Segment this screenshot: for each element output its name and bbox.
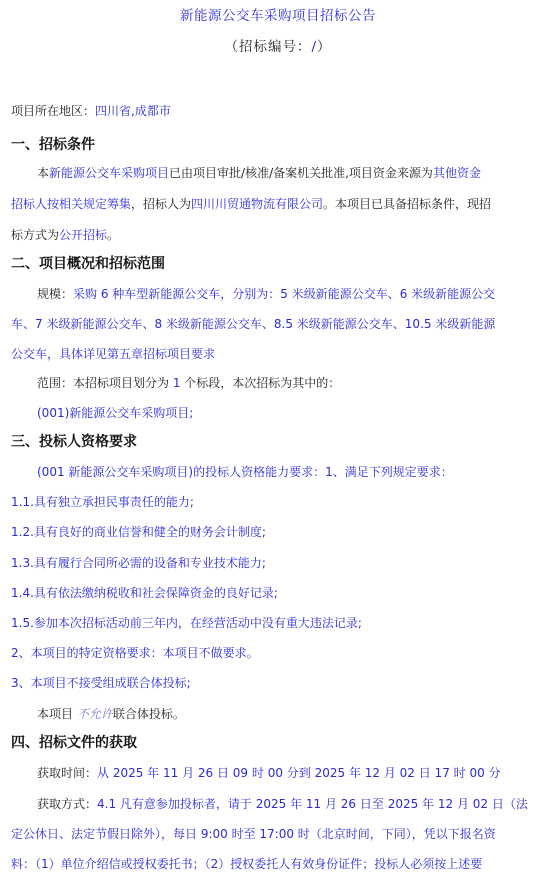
time-label: 获取时间： bbox=[37, 766, 97, 780]
s3-item: 1.1.具有独立承担民事责任的能力; bbox=[11, 493, 194, 510]
s3-intro: (001 新能源公交车采购项目)的投标人资格能力要求：1、满足下列规定要求： bbox=[37, 463, 453, 480]
s2-scale-line-2: 车、7 米级新能源公交车、8 米级新能源公交车、8.5 米级新能源公交车、10.… bbox=[11, 315, 495, 332]
text: ，招标人为 bbox=[131, 197, 191, 211]
s4-method-3: 料：（1）单位介绍信或授权委托书；（2）授权委托人有效身份证件；投标人必须按上述… bbox=[11, 855, 482, 872]
s1-line-3: 标方式为公开招标。 bbox=[11, 226, 119, 243]
text: 标方式为 bbox=[11, 228, 59, 242]
tender-number-close: ） bbox=[317, 39, 332, 55]
s4-method-2: 定公休日、法定节假日除外），每日 9:00 时至 17:00 时（北京时间，下同… bbox=[11, 825, 496, 842]
s3-joint: 本项目 不允许联合体投标。 bbox=[37, 705, 185, 722]
text: 个标段，本次招标为其中的： bbox=[180, 376, 340, 390]
section-heading-2: 二、项目概况和招标范围 bbox=[11, 253, 165, 273]
s2-scale-line-1: 规模：采购 6 种车型新能源公交车，分别为：5 米级新能源公交车、6 米级新能源… bbox=[37, 285, 495, 302]
text: 联合体投标。 bbox=[113, 707, 185, 721]
s2-lot: (001)新能源公交车采购项目; bbox=[37, 404, 193, 421]
s2-scale-line-3: 公交车，具体详见第五章招标项目要求 bbox=[11, 345, 215, 362]
text: 。本项目已具备招标条件，现招 bbox=[323, 197, 491, 211]
s3-item: 1.3.具有履行合同所必需的设备和专业技术能力; bbox=[11, 554, 266, 571]
tender-method: 公开招标 bbox=[59, 228, 107, 242]
s1-line-2: 招标人按相关规定筹集，招标人为四川川贸通物流有限公司。本项目已具备招标条件，现招 bbox=[11, 195, 491, 212]
method-label: 获取方式： bbox=[37, 797, 97, 811]
tender-number-label: （招标编号： bbox=[224, 39, 311, 55]
section-heading-4: 四、招标文件的获取 bbox=[11, 732, 137, 752]
location-value: 四川省,成都市 bbox=[95, 104, 171, 118]
text: 已由项目审批/核准/备案机关批准,项目资金来源为 bbox=[169, 166, 433, 180]
scale-label: 规模： bbox=[37, 287, 73, 301]
time-value: 从 2025 年 11 月 26 日 09 时 00 分到 2025 年 12 … bbox=[97, 766, 501, 780]
s3-item-2: 2、本项目的特定资格要求：本项目不做要求。 bbox=[11, 644, 259, 661]
section-heading-1: 一、招标条件 bbox=[11, 134, 95, 154]
fund-source: 其他资金 bbox=[433, 166, 481, 180]
s3-item: 1.4.具有依法缴纳税收和社会保障资金的良好记录; bbox=[11, 584, 278, 601]
tender-number: （招标编号：/） bbox=[0, 35, 556, 55]
s4-time: 获取时间：从 2025 年 11 月 26 日 09 时 00 分到 2025 … bbox=[37, 764, 501, 781]
location-label: 项目所在地区： bbox=[11, 104, 95, 118]
joint-bid-status: 不允许 bbox=[77, 707, 113, 721]
fund-source: 招标人按相关规定筹集 bbox=[11, 197, 131, 211]
s3-item-3: 3、本项目不接受组成联合体投标; bbox=[11, 674, 191, 691]
s2-range: 范围：本招标项目划分为 1 个标段，本次招标为其中的： bbox=[37, 374, 340, 391]
section-heading-3: 三、投标人资格要求 bbox=[11, 431, 137, 451]
project-location: 项目所在地区：四川省,成都市 bbox=[11, 102, 171, 119]
scale-text: 采购 6 种车型新能源公交车，分别为：5 米级新能源公交车、6 米级新能源公交 bbox=[73, 287, 495, 301]
text: 本项目 bbox=[37, 707, 77, 721]
text: 本 bbox=[37, 166, 49, 180]
text: 范围：本招标项目划分为 bbox=[37, 376, 173, 390]
s1-line-1: 本新能源公交车采购项目已由项目审批/核准/备案机关批准,项目资金来源为其他资金 bbox=[37, 164, 481, 181]
project-name: 新能源公交车采购项目 bbox=[49, 166, 169, 180]
tenderer-name: 四川川贸通物流有限公司 bbox=[191, 197, 323, 211]
method-text: 4.1 凡有意参加投标者，请于 2025 年 11 月 26 日至 2025 年… bbox=[97, 797, 528, 811]
s3-item: 1.2.具有良好的商业信誉和健全的财务会计制度; bbox=[11, 523, 266, 540]
s3-item: 1.5.参加本次招标活动前三年内，在经营活动中没有重大违法记录; bbox=[11, 614, 362, 631]
s4-method-1: 获取方式：4.1 凡有意参加投标者，请于 2025 年 11 月 26 日至 2… bbox=[37, 795, 528, 812]
text: 。 bbox=[107, 228, 119, 242]
document-title: 新能源公交车采购项目招标公告 bbox=[0, 4, 556, 24]
